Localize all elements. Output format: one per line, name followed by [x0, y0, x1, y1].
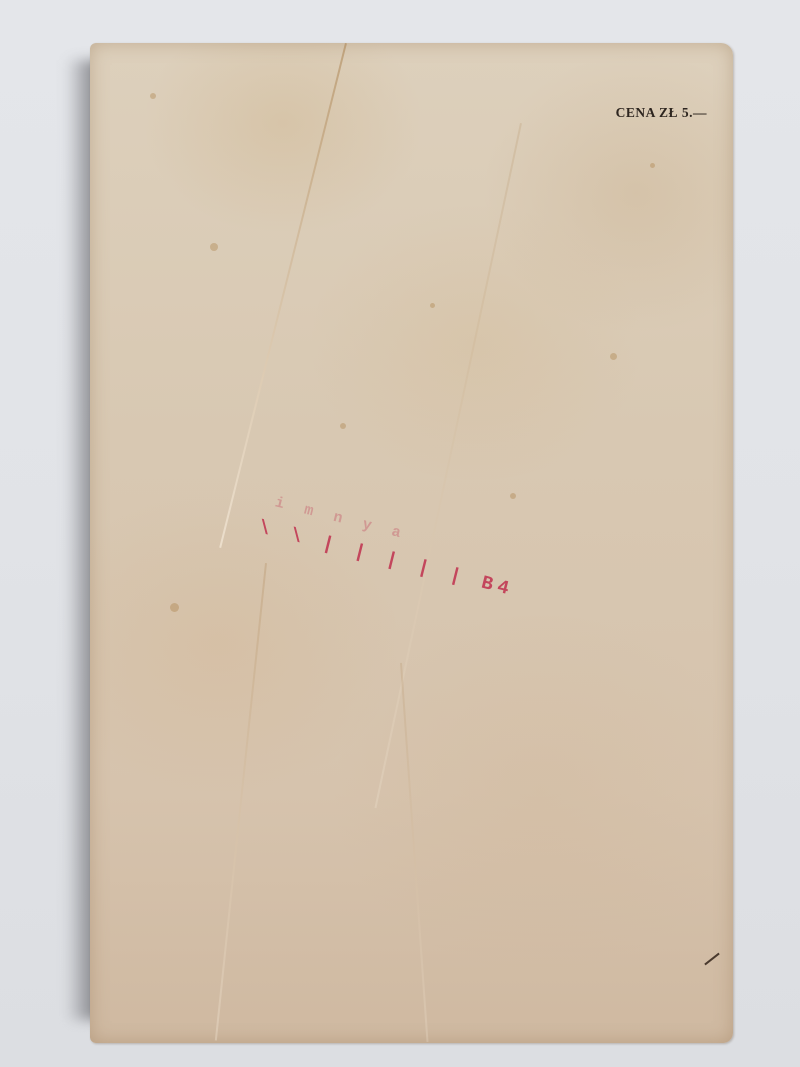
- book-back-cover: CENA ZŁ 5.— i m n y a \ \ | | | | | B4: [90, 43, 733, 1043]
- foxing-spot: [650, 163, 655, 168]
- foxing-spot: [150, 93, 156, 99]
- ink-mark: [704, 953, 719, 966]
- foxing-spot: [610, 353, 617, 360]
- paper-crease: [400, 663, 429, 1042]
- paper-crease: [374, 123, 521, 808]
- library-stamp: i m n y a \ \ | | | | | B4: [256, 492, 522, 601]
- foxing-spot: [210, 243, 218, 251]
- foxing-spot: [340, 423, 346, 429]
- paper-crease: [215, 563, 267, 1041]
- foxing-spot: [170, 603, 179, 612]
- price-label: CENA ZŁ 5.—: [616, 105, 707, 121]
- paper-crease: [219, 43, 347, 548]
- foxing-spot: [510, 493, 516, 499]
- foxing-spot: [430, 303, 435, 308]
